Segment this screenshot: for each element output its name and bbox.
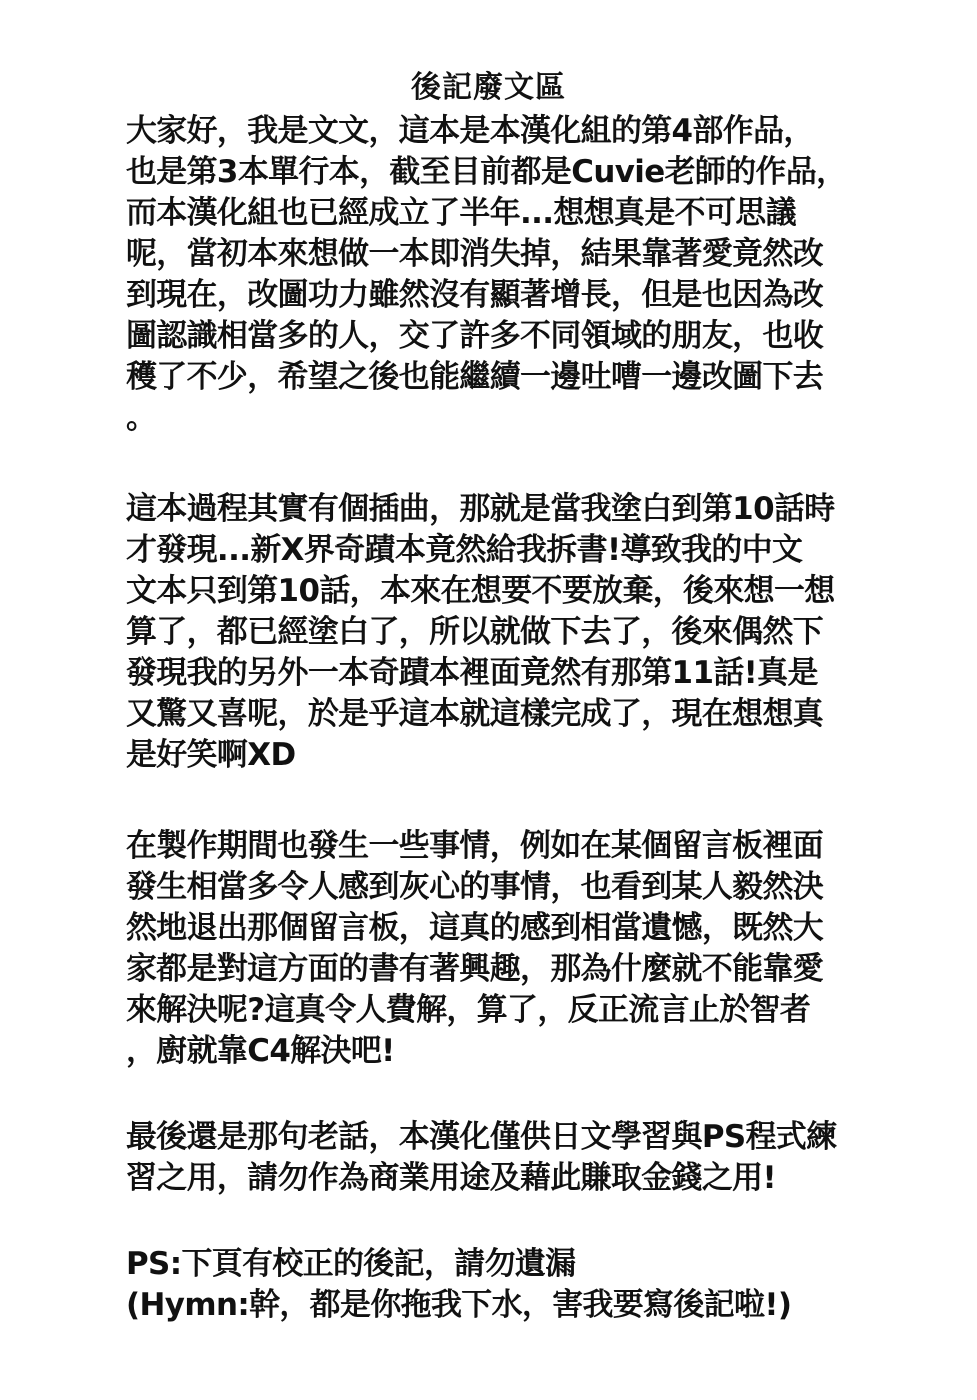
paragraph-4-line-2: 習之用，請勿作為商業用途及藉此賺取金錢之用!: [126, 1158, 864, 1198]
paragraph-1-line-3: 而本漢化組也已經成立了半年...想想真是不可思議: [126, 193, 864, 233]
paragraph-1-line-8: 。: [126, 398, 864, 438]
paragraph-1-line-2: 也是第3本單行本，截至目前都是Cuvie老師的作品，: [126, 152, 864, 192]
page-title: 後記廢文區: [0, 68, 977, 108]
paragraph-3-line-1: 在製作期間也發生一些事情，例如在某個留言板裡面: [126, 826, 864, 866]
document-page: 後記廢文區 大家好，我是文文，這本是本漢化組的第4部作品， 也是第3本單行本，截…: [0, 0, 977, 1400]
paragraph-2-line-3: 文本只到第10話，本來在想要不要放棄，後來想一想: [126, 571, 864, 611]
paragraph-3-line-5: 來解決呢?這真令人費解，算了，反正流言止於智者: [126, 990, 864, 1030]
paragraph-2-line-5: 發現我的另外一本奇蹟本裡面竟然有那第11話!真是: [126, 653, 864, 693]
paragraph-2-line-2: 才發現...新X界奇蹟本竟然給我拆書!導致我的中文: [126, 530, 864, 570]
paragraph-4-line-1: 最後還是那句老話，本漢化僅供日文學習與PS程式練: [126, 1117, 864, 1157]
paragraph-1-line-4: 呢，當初本來想做一本即消失掉，結果靠著愛竟然改: [126, 234, 864, 274]
paragraph-1-line-6: 圖認識相當多的人，交了許多不同領域的朋友，也收: [126, 316, 864, 356]
paragraph-3-line-6: ，廚就靠C4解決吧!: [126, 1031, 864, 1071]
ps-note-line: PS:下頁有校正的後記，請勿遺漏: [126, 1244, 864, 1284]
paragraph-1-line-7: 穫了不少，希望之後也能繼續一邊吐嘈一邊改圖下去: [126, 357, 864, 397]
hymn-note-line: (Hymn:幹，都是你拖我下水，害我要寫後記啦!): [126, 1285, 864, 1325]
paragraph-2-line-6: 又驚又喜呢，於是乎這本就這樣完成了，現在想想真: [126, 694, 864, 734]
paragraph-3-line-2: 發生相當多令人感到灰心的事情，也看到某人毅然決: [126, 867, 864, 907]
paragraph-2-line-7: 是好笑啊XD: [126, 735, 864, 775]
paragraph-3-line-3: 然地退出那個留言板，這真的感到相當遺憾，既然大: [126, 908, 864, 948]
paragraph-2-line-4: 算了，都已經塗白了，所以就做下去了，後來偶然下: [126, 612, 864, 652]
paragraph-2-line-1: 這本過程其實有個插曲，那就是當我塗白到第10話時: [126, 489, 864, 529]
paragraph-1-line-1: 大家好，我是文文，這本是本漢化組的第4部作品，: [126, 111, 864, 151]
paragraph-1-line-5: 到現在，改圖功力雖然沒有顯著增長，但是也因為改: [126, 275, 864, 315]
paragraph-3-line-4: 家都是對這方面的書有著興趣，那為什麼就不能靠愛: [126, 949, 864, 989]
